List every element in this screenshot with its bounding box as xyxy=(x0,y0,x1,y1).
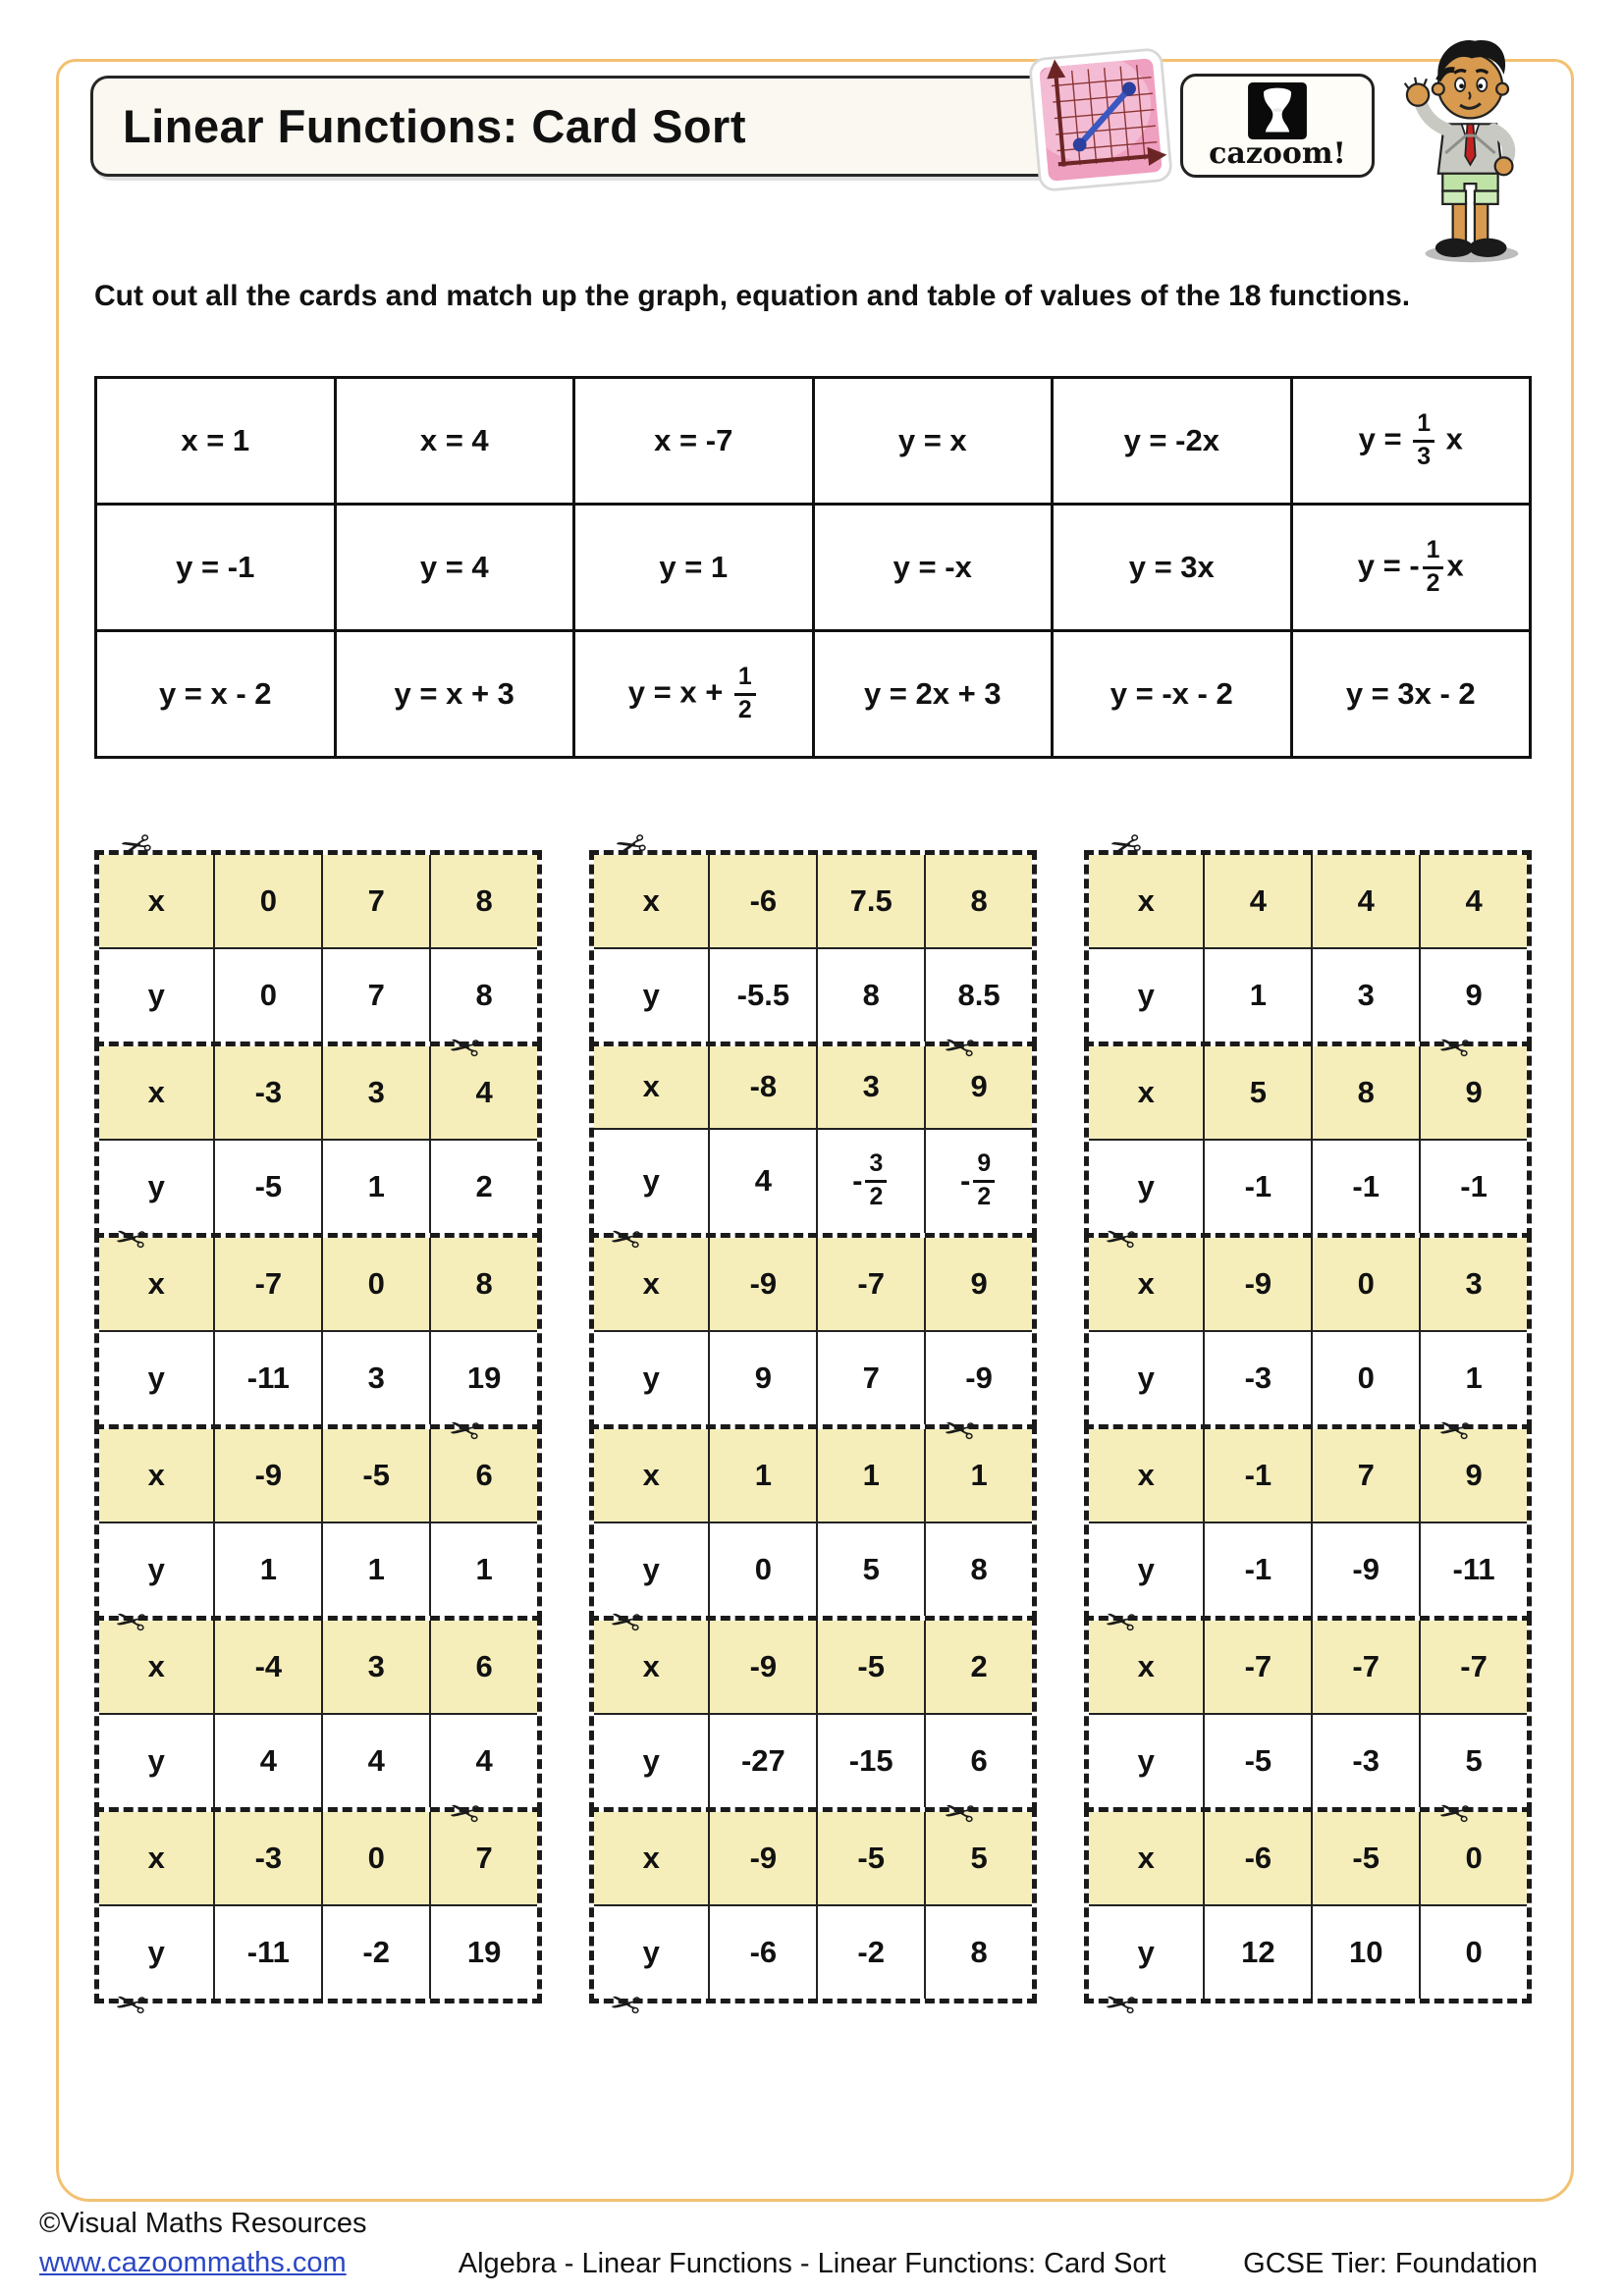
value-cell: -9 xyxy=(708,1621,816,1713)
instructions-text: Cut out all the cards and match up the g… xyxy=(94,274,1415,318)
var-label: y xyxy=(1089,1713,1203,1807)
value-cell: 1 xyxy=(924,1429,1032,1522)
value-cell: 0 xyxy=(321,1812,429,1904)
var-label: x xyxy=(99,1429,213,1522)
value-cell: -9 xyxy=(1311,1522,1419,1616)
value-cell: 9 xyxy=(1419,1429,1527,1522)
fraction: 92 xyxy=(973,1152,995,1210)
value-table-card: x111y058✂ xyxy=(589,1424,1037,1621)
title-box: Linear Functions: Card Sort xyxy=(90,76,1080,177)
var-label: y xyxy=(1089,1330,1203,1424)
value-cell: 0 xyxy=(1311,1330,1419,1424)
var-label: x xyxy=(99,1046,213,1139)
value-cell: 0 xyxy=(321,1238,429,1330)
var-label: y xyxy=(99,1330,213,1424)
var-label: y xyxy=(594,947,708,1041)
var-label: y xyxy=(594,1128,708,1233)
value-cell: -1 xyxy=(1203,1139,1311,1233)
value-cell: 1 xyxy=(1419,1330,1527,1424)
value-cell: 8 xyxy=(1311,1046,1419,1139)
value-cell: 9 xyxy=(924,1046,1032,1128)
value-cell: 3 xyxy=(321,1330,429,1424)
value-cell: 0 xyxy=(1419,1812,1527,1904)
scissors-icon: ✂ xyxy=(1436,1028,1473,1069)
value-cell: 5 xyxy=(1203,1046,1311,1139)
page-title: Linear Functions: Card Sort xyxy=(123,99,746,153)
value-cell: -6 xyxy=(708,1904,816,1999)
value-cell: 4 xyxy=(1203,855,1311,947)
value-cell: 0 xyxy=(213,947,321,1041)
value-cards-grid: x078y078✂✂x-334y-512✂x-708y-11319✂x-9-56… xyxy=(94,850,1532,2003)
scissors-icon: ✂ xyxy=(1103,1985,1139,2026)
value-cell: 1 xyxy=(1203,947,1311,1041)
graph-card-icon xyxy=(1027,46,1174,193)
value-table-card: x-179y-1-9-11✂ xyxy=(1084,1424,1532,1621)
value-cell: 9 xyxy=(708,1330,816,1424)
copyright-text: ©Visual Maths Resources xyxy=(39,2208,367,2240)
var-label: y xyxy=(594,1522,708,1616)
value-cell: -5 xyxy=(816,1812,924,1904)
value-cell: -15 xyxy=(816,1713,924,1807)
value-cell: -3 xyxy=(1203,1330,1311,1424)
value-cell: 3 xyxy=(816,1046,924,1128)
equation-card: x = 4 xyxy=(335,378,574,505)
equation-card: y = 3x xyxy=(1053,505,1292,631)
value-cell: -4 xyxy=(213,1621,321,1713)
equation-card: y = x - 2 xyxy=(96,631,336,758)
value-cell: 3 xyxy=(1419,1238,1527,1330)
value-cell: -2 xyxy=(321,1904,429,1999)
value-table-card: x-9-56y111✂ xyxy=(94,1424,542,1621)
var-label: x xyxy=(99,855,213,947)
value-cell: 8 xyxy=(924,855,1032,947)
value-cell: -3 xyxy=(213,1812,321,1904)
value-table-card: x078y078✂✂ xyxy=(94,850,542,1046)
value-cell: 1 xyxy=(321,1522,429,1616)
value-cell: -9 xyxy=(924,1330,1032,1424)
var-label: y xyxy=(99,1522,213,1616)
scissors-icon: ✂ xyxy=(447,1411,483,1452)
value-cell: -3 xyxy=(1311,1713,1419,1807)
equation-card: y = x xyxy=(813,378,1053,505)
scissors-icon: ✂ xyxy=(608,1219,644,1260)
cazoom-drum-icon xyxy=(1246,82,1309,139)
value-cell: -3 xyxy=(213,1046,321,1139)
value-cell: -1 xyxy=(1419,1139,1527,1233)
var-label: y xyxy=(1089,1904,1203,1999)
value-cell: -8 xyxy=(708,1046,816,1128)
value-cell: 4 xyxy=(429,1046,537,1139)
value-cell: 12 xyxy=(1203,1904,1311,1999)
value-cell: -5.5 xyxy=(708,947,816,1041)
value-cell: -9 xyxy=(708,1812,816,1904)
var-label: y xyxy=(594,1713,708,1807)
cazoom-logo: cazoom! xyxy=(1180,74,1375,178)
scissors-icon: ✂ xyxy=(942,1411,978,1452)
equation-card: y = -1 xyxy=(96,505,336,631)
value-cell: 2 xyxy=(924,1621,1032,1713)
page-frame: Linear Functions: Card Sort xyxy=(56,59,1574,2202)
var-label: x xyxy=(1089,1429,1203,1522)
value-cell: 7.5 xyxy=(816,855,924,947)
equation-card: y = 4 xyxy=(335,505,574,631)
value-table-card: x589y-1-1-1✂ xyxy=(1084,1041,1532,1238)
boy-mascot xyxy=(1379,32,1553,268)
fraction: 13 xyxy=(1413,412,1435,470)
value-cell: 1 xyxy=(816,1429,924,1522)
value-cell: 3 xyxy=(1311,947,1419,1041)
var-label: y xyxy=(99,1904,213,1999)
equation-card: y = -12x xyxy=(1291,505,1531,631)
value-table-card: x-9-55y-6-28✂ xyxy=(589,1807,1037,2003)
value-cell: 0 xyxy=(213,855,321,947)
equation-card: y = 13 x xyxy=(1291,378,1531,505)
var-label: y xyxy=(594,1904,708,1999)
fraction: 12 xyxy=(1423,539,1444,597)
value-table-card: x-334y-512✂ xyxy=(94,1041,542,1238)
value-cell: -9 xyxy=(708,1238,816,1330)
scissors-icon: ✂ xyxy=(608,1602,644,1643)
scissors-icon: ✂ xyxy=(1436,1793,1473,1835)
var-label: x xyxy=(594,1046,708,1128)
var-label: y xyxy=(1089,947,1203,1041)
equation-card: y = -2x xyxy=(1053,378,1292,505)
value-cell: 4 xyxy=(213,1713,321,1807)
value-cell: 19 xyxy=(429,1330,537,1424)
equation-card: y = 3x - 2 xyxy=(1291,631,1531,758)
value-table-card: x-903y-301✂ xyxy=(1084,1233,1532,1429)
value-cell: 0 xyxy=(708,1522,816,1616)
value-cell: -32 xyxy=(816,1128,924,1233)
website-link[interactable]: www.cazoommaths.com xyxy=(39,2247,347,2279)
value-table-card: x-7-7-7y-5-35✂ xyxy=(1084,1616,1532,1812)
equation-card: y = -x xyxy=(813,505,1053,631)
scissors-icon: ✂ xyxy=(1436,1411,1473,1452)
value-cell: -1 xyxy=(1203,1429,1311,1522)
equation-card: y = 1 xyxy=(574,505,814,631)
value-cell: 0 xyxy=(1419,1904,1527,1999)
value-cell: 1 xyxy=(213,1522,321,1616)
value-table-card: x-9-79y97-9✂ xyxy=(589,1233,1037,1429)
value-cell: -5 xyxy=(816,1621,924,1713)
cards-column: x078y078✂✂x-334y-512✂x-708y-11319✂x-9-56… xyxy=(94,850,542,2003)
value-cell: 0 xyxy=(1311,1238,1419,1330)
value-cell: 8 xyxy=(429,1238,537,1330)
cazoom-logo-text: cazoom! xyxy=(1183,139,1372,169)
var-label: x xyxy=(1089,1812,1203,1904)
scissors-icon: ✂ xyxy=(113,1219,149,1260)
value-cell: 9 xyxy=(924,1238,1032,1330)
value-cell: -11 xyxy=(213,1904,321,1999)
value-cell: -1 xyxy=(1311,1139,1419,1233)
footer-breadcrumb: Algebra - Linear Functions - Linear Func… xyxy=(459,2248,1166,2280)
value-cell: 7 xyxy=(321,855,429,947)
value-cell: 7 xyxy=(321,947,429,1041)
value-cell: -7 xyxy=(1203,1621,1311,1713)
var-label: x xyxy=(99,1812,213,1904)
value-cell: 4 xyxy=(1311,855,1419,947)
value-cell: 19 xyxy=(429,1904,537,1999)
value-cell: 4 xyxy=(708,1128,816,1233)
value-cell: 2 xyxy=(429,1139,537,1233)
value-cell: 3 xyxy=(321,1621,429,1713)
equation-card: y = x + 12 xyxy=(574,631,814,758)
scissors-icon: ✂ xyxy=(113,1985,149,2026)
value-cell: -1 xyxy=(1203,1522,1311,1616)
value-cell: -5 xyxy=(213,1139,321,1233)
value-cell: 8 xyxy=(924,1904,1032,1999)
scissors-icon: ✂ xyxy=(447,1793,483,1835)
value-table-card: x444y139✂✂ xyxy=(1084,850,1532,1046)
var-label: y xyxy=(99,1139,213,1233)
var-label: x xyxy=(1089,1046,1203,1139)
value-cell: -7 xyxy=(213,1238,321,1330)
value-cell: 7 xyxy=(429,1812,537,1904)
value-cell: -7 xyxy=(1419,1621,1527,1713)
value-cell: 7 xyxy=(816,1330,924,1424)
value-cell: 4 xyxy=(321,1713,429,1807)
value-cell: 4 xyxy=(1419,855,1527,947)
equation-card: y = x + 3 xyxy=(335,631,574,758)
value-cell: -27 xyxy=(708,1713,816,1807)
value-cell: -5 xyxy=(321,1429,429,1522)
value-cell: -6 xyxy=(708,855,816,947)
value-cell: 5 xyxy=(924,1812,1032,1904)
var-label: y xyxy=(1089,1522,1203,1616)
value-cell: 1 xyxy=(429,1522,537,1616)
var-label: x xyxy=(594,1429,708,1522)
value-cell: 6 xyxy=(429,1621,537,1713)
value-table-card: x-839y4-32-92✂ xyxy=(589,1041,1037,1238)
value-cell: 8 xyxy=(429,855,537,947)
value-cell: 8 xyxy=(924,1522,1032,1616)
value-cell: -92 xyxy=(924,1128,1032,1233)
value-cell: 9 xyxy=(1419,1046,1527,1139)
value-cell: -11 xyxy=(1419,1522,1527,1616)
fraction: 12 xyxy=(734,666,756,723)
value-cell: -5 xyxy=(1203,1713,1311,1807)
value-cell: -9 xyxy=(1203,1238,1311,1330)
value-table-card: x-307y-11-219✂ xyxy=(94,1807,542,2003)
cards-column: x-67.58y-5.588.5✂✂x-839y4-32-92✂x-9-79y9… xyxy=(589,850,1037,2003)
cards-column: x444y139✂✂x589y-1-1-1✂x-903y-301✂x-179y-… xyxy=(1084,850,1532,2003)
footer-left: ©Visual Maths Resources www.cazoommaths.… xyxy=(39,2208,367,2279)
value-cell: 9 xyxy=(1419,947,1527,1041)
worksheet-page: { "header": { "title": "Linear Functions… xyxy=(0,0,1624,2296)
var-label: x xyxy=(1089,855,1203,947)
value-cell: 5 xyxy=(816,1522,924,1616)
value-cell: 6 xyxy=(924,1713,1032,1807)
equation-cards-table: x = 1x = 4x = -7y = xy = -2xy = 13 xy = … xyxy=(94,376,1532,759)
scissors-icon: ✂ xyxy=(1103,1602,1139,1643)
value-cell: -7 xyxy=(1311,1621,1419,1713)
equation-card: y = 2x + 3 xyxy=(813,631,1053,758)
equation-card: x = 1 xyxy=(96,378,336,505)
var-label: y xyxy=(594,1330,708,1424)
scissors-icon: ✂ xyxy=(608,1985,644,2026)
footer-tier: GCSE Tier: Foundation xyxy=(1243,2248,1538,2280)
value-cell: 6 xyxy=(429,1429,537,1522)
value-table-card: x-436y444✂ xyxy=(94,1616,542,1812)
var-label: x xyxy=(594,855,708,947)
scissors-icon: ✂ xyxy=(1103,1219,1139,1260)
value-cell: 1 xyxy=(708,1429,816,1522)
scissors-icon: ✂ xyxy=(447,1028,483,1069)
equation-card: x = -7 xyxy=(574,378,814,505)
value-cell: 4 xyxy=(429,1713,537,1807)
var-label: y xyxy=(99,1713,213,1807)
scissors-icon: ✂ xyxy=(942,1793,978,1835)
value-cell: 10 xyxy=(1311,1904,1419,1999)
value-table-card: x-6-50y12100✂ xyxy=(1084,1807,1532,2003)
value-cell: 1 xyxy=(321,1139,429,1233)
value-cell: -11 xyxy=(213,1330,321,1424)
var-label: y xyxy=(99,947,213,1041)
var-label: x xyxy=(594,1812,708,1904)
value-cell: 8.5 xyxy=(924,947,1032,1041)
value-cell: -5 xyxy=(1311,1812,1419,1904)
value-cell: -7 xyxy=(816,1238,924,1330)
value-cell: -6 xyxy=(1203,1812,1311,1904)
value-table-card: x-708y-11319✂ xyxy=(94,1233,542,1429)
value-cell: 5 xyxy=(1419,1713,1527,1807)
value-table-card: x-67.58y-5.588.5✂✂ xyxy=(589,850,1037,1046)
scissors-icon: ✂ xyxy=(113,1602,149,1643)
value-cell: 8 xyxy=(429,947,537,1041)
fraction: 32 xyxy=(865,1152,887,1210)
scissors-icon: ✂ xyxy=(942,1028,978,1069)
value-cell: 3 xyxy=(321,1046,429,1139)
value-cell: -2 xyxy=(816,1904,924,1999)
value-table-card: x-9-52y-27-156✂ xyxy=(589,1616,1037,1812)
value-cell: -9 xyxy=(213,1429,321,1522)
value-cell: 8 xyxy=(816,947,924,1041)
value-cell: 7 xyxy=(1311,1429,1419,1522)
equation-card: y = -x - 2 xyxy=(1053,631,1292,758)
var-label: y xyxy=(1089,1139,1203,1233)
